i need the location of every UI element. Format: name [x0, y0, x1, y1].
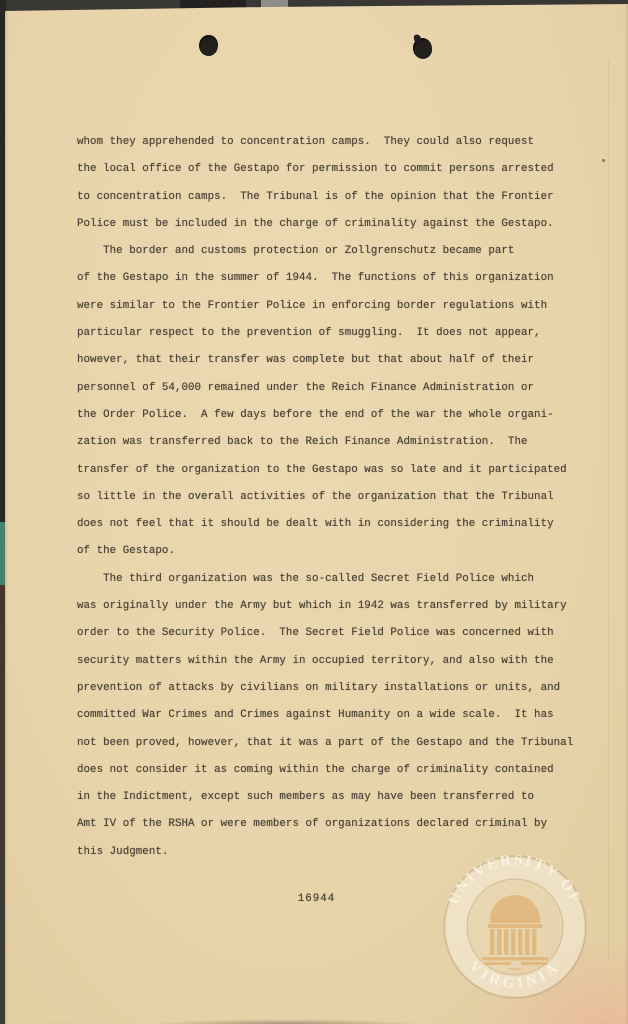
- paper-crease: [608, 60, 609, 960]
- paper-speck: [602, 159, 605, 162]
- punch-hole-tear: [414, 34, 422, 43]
- document-text: whom they apprehended to concentration c…: [77, 129, 582, 866]
- uva-watermark-seal: UNIVERSITY OF VIRGINIA: [435, 847, 595, 1007]
- bottom-edge-shadow: [155, 1019, 415, 1024]
- scanned-document-view: UNIVERSITY OF VIRGINIA whom they apprehe…: [0, 0, 628, 1024]
- page-number: 16944: [5, 893, 628, 905]
